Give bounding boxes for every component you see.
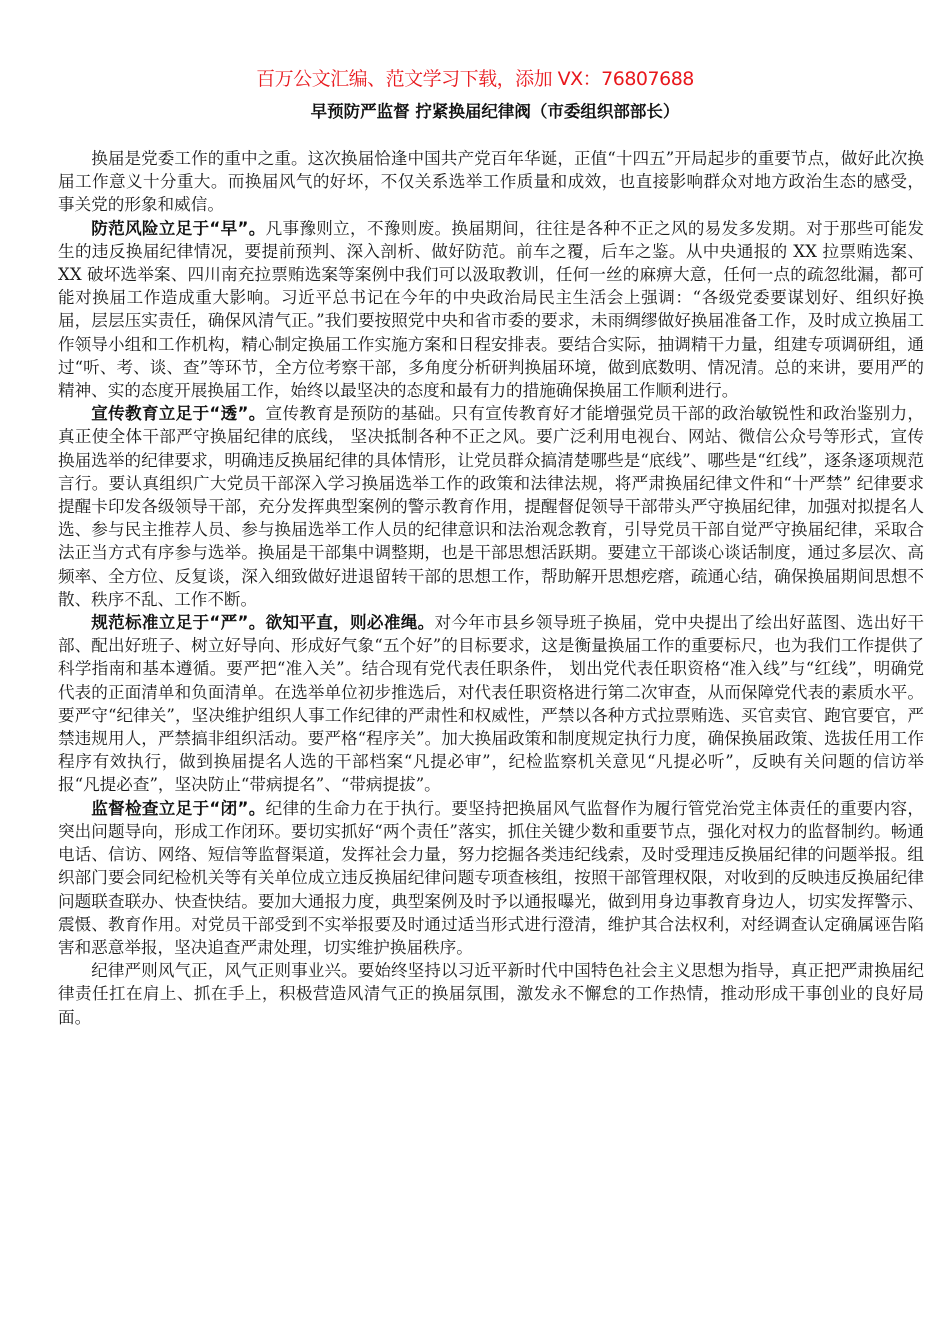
paragraph-heading: 监督检查立足于“闭”。 bbox=[91, 799, 265, 818]
paragraph-intro: 换届是党委工作的重中之重。这次换届恰逢中国共产党百年华诞，正值“十四五”开局起步… bbox=[58, 147, 924, 217]
paragraph-conclusion: 纪律严则风气正，风气正则事业兴。要始终坚持以习近平新时代中国特色社会主义思想为指… bbox=[58, 959, 924, 1029]
document-page: 百万公文汇编、范文学习下载，添加 VX：76807688 早预防严监督 拧紧换届… bbox=[0, 0, 950, 1344]
paragraph-text: 换届是党委工作的重中之重。这次换届恰逢中国共产党百年华诞，正值“十四五”开局起步… bbox=[58, 149, 924, 214]
paragraph-heading: 宣传教育立足于“透”。 bbox=[91, 404, 265, 423]
document-title: 早预防严监督 拧紧换届纪律阀（市委组织部部长） bbox=[0, 100, 950, 124]
paragraph-text: 凡事豫则立，不豫则废。换届期间，往往是各种不正之风的易发多发期。对于那些可能发生… bbox=[58, 219, 924, 400]
paragraph-text: 对今年市县乡领导班子换届，党中央提出了绘出好蓝图、选出好干部、配出好班子、树立好… bbox=[58, 613, 924, 794]
document-body: 换届是党委工作的重中之重。这次换届恰逢中国共产党百年华诞，正值“十四五”开局起步… bbox=[58, 147, 924, 1029]
paragraph-supervision: 监督检查立足于“闭”。纪律的生命力在于执行。要坚持把换届风气监督作为履行管党治党… bbox=[58, 797, 924, 959]
paragraph-prevention: 防范风险立足于“早”。凡事豫则立，不豫则废。换届期间，往往是各种不正之风的易发多… bbox=[58, 217, 924, 403]
paragraph-text: 宣传教育是预防的基础。只有宣传教育好才能增强党员干部的政治敏锐性和政治鉴别力，真… bbox=[58, 404, 924, 609]
paragraph-standards: 规范标准立足于“严”。欲知平直，则必准绳。对今年市县乡领导班子换届，党中央提出了… bbox=[58, 611, 924, 797]
paragraph-text: 纪律的生命力在于执行。要坚持把换届风气监督作为履行管党治党主体责任的重要内容，突… bbox=[58, 799, 924, 957]
paragraph-education: 宣传教育立足于“透”。宣传教育是预防的基础。只有宣传教育好才能增强党员干部的政治… bbox=[58, 402, 924, 611]
promo-banner: 百万公文汇编、范文学习下载，添加 VX：76807688 bbox=[0, 66, 950, 92]
paragraph-heading: 防范风险立足于“早”。 bbox=[91, 219, 265, 238]
paragraph-text: 纪律严则风气正，风气正则事业兴。要始终坚持以习近平新时代中国特色社会主义思想为指… bbox=[58, 961, 924, 1026]
paragraph-heading: 规范标准立足于“严”。欲知平直，则必准绳。 bbox=[91, 613, 434, 632]
